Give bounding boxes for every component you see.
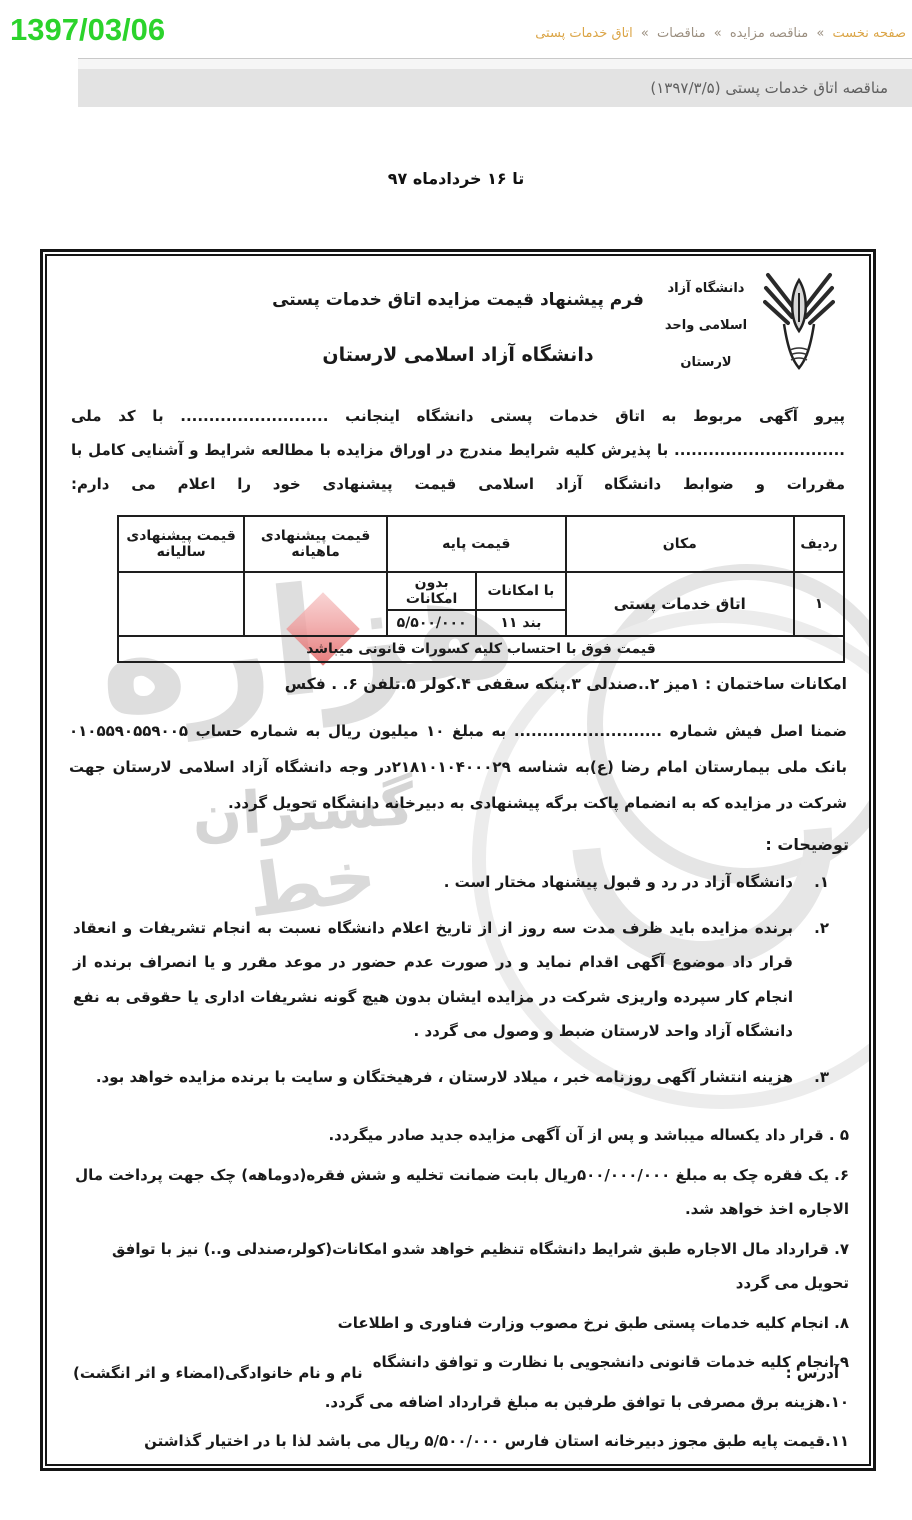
table-header-row: ردیف مکان قیمت پایه قیمت پیشنهادی ماهیان… — [118, 516, 844, 572]
form-title: فرم پیشنهاد قیمت مزایده اتاق خدمات پستی — [67, 290, 849, 310]
document-footer: آدرس : نام و نام خانوادگی(امضاء و اثر ان… — [73, 1364, 839, 1382]
col-header-base-price: قیمت پایه — [387, 516, 566, 572]
notes-paragraph-list: ۵ . قرار داد یکساله میباشد و پس از آن آگ… — [67, 1118, 849, 1466]
col-header-monthly-bid: قیمت پیشنهادی ماهیانه — [244, 516, 387, 572]
note-text: برنده مزایده باید ظرف مدت سه روز از از ت… — [67, 911, 793, 1049]
breadcrumb-tenders-link[interactable]: مناقصات — [657, 26, 706, 41]
col-header-row-number: ردیف — [794, 516, 844, 572]
monthly-bid-cell — [244, 572, 387, 636]
breadcrumb-separator: » — [710, 26, 726, 41]
list-item: ۶. یک فقره چک به مبلغ ۵۰۰/۰۰۰/۰۰۰ریال با… — [67, 1158, 849, 1227]
list-item: ۲. برنده مزایده باید ظرف مدت سه روز از ا… — [67, 911, 829, 1049]
col-header-location: مکان — [566, 516, 795, 572]
deposit-paragraph: ضمنا اصل فیش شماره .....................… — [69, 713, 847, 821]
location-cell: اتاق خدمات پستی — [566, 572, 795, 636]
page-title: مناقصه اتاق خدمات پستی (۱۳۹۷/۳/۵) — [650, 79, 888, 97]
page-title-bar: مناقصه اتاق خدمات پستی (۱۳۹۷/۳/۵) — [78, 69, 912, 107]
list-item: ۱. دانشگاه آزاد در رد و قبول پیشنهاد مخت… — [67, 865, 829, 900]
list-item: ۱۱.قیمت پایه طبق مجوز دبیرخانه استان فار… — [67, 1424, 849, 1466]
university-title: دانشگاه آزاد اسلامی لارستان — [67, 344, 849, 366]
breadcrumb-separator: » — [812, 26, 828, 41]
document-content: دانشگاه آزاد اسلامی واحد لارستان فرم پیش… — [47, 256, 869, 1466]
price-table: ردیف مکان قیمت پایه قیمت پیشنهادی ماهیان… — [117, 515, 845, 663]
address-label: آدرس : — [786, 1364, 839, 1382]
building-facilities-line: امکانات ساختمان : ۱میز ۲..صندلی ۳.پنکه س… — [69, 675, 847, 693]
list-item: ۷. قرارداد مال الاجاره طبق شرایط دانشگاه… — [67, 1232, 849, 1301]
with-facilities-label-cell: با امکانات — [476, 572, 565, 610]
document-frame: هزاره گستران خط — [40, 249, 876, 1471]
table-footer-note: قیمت فوق با احتساب کلیه کسورات قانونی می… — [118, 636, 844, 662]
document-page: هزاره گستران خط — [45, 254, 871, 1466]
breadcrumb: صفحه نخست » مناقصه مزایده » مناقصات » ات… — [535, 26, 906, 41]
notes-section-title: توضیحات : — [67, 835, 849, 854]
page-header: 1397/03/06 صفحه نخست » مناقصه مزایده » م… — [0, 0, 912, 58]
breadcrumb-current-page: اتاق خدمات پستی — [535, 26, 633, 41]
breadcrumb-separator: » — [637, 26, 653, 41]
note-text: دانشگاه آزاد در رد و قبول پیشنهاد مختار … — [67, 865, 793, 900]
note-number: ۲. — [793, 911, 829, 1049]
deadline-text: تا ۱۶ خردادماه ۹۷ — [0, 169, 912, 189]
note-number: ۳. — [793, 1060, 829, 1095]
name-signature-label: نام و نام خانوادگی(امضاء و اثر انگشت) — [73, 1364, 363, 1382]
title-bar-top-strip — [78, 58, 912, 69]
org-line-2: اسلامی واحد — [663, 307, 749, 344]
intro-paragraph: پیرو آگهی مربوط به اتاق خدمات پستی دانشگ… — [71, 400, 845, 501]
with-facilities-value-cell: بند ۱۱ — [476, 610, 565, 636]
note-text: هزینه انتشار آگهی روزنامه خبر ، میلاد لا… — [67, 1060, 793, 1095]
without-facilities-label-cell: بدون امکانات — [387, 572, 476, 610]
breadcrumb-tender-auction-link[interactable]: مناقصه مزایده — [730, 26, 808, 41]
without-facilities-value-cell: ۵/۵۰۰/۰۰۰ — [387, 610, 476, 636]
list-item: ۳. هزینه انتشار آگهی روزنامه خبر ، میلاد… — [67, 1060, 829, 1095]
note-number: ۱. — [793, 865, 829, 900]
breadcrumb-home-link[interactable]: صفحه نخست — [833, 26, 906, 41]
document-header: دانشگاه آزاد اسلامی واحد لارستان فرم پیش… — [67, 256, 849, 384]
list-item: ۸. انجام کلیه خدمات پستی طبق نرخ مصوب وز… — [67, 1306, 849, 1341]
list-item: ۱۰.هزینه برق مصرفی با توافق طرفین به مبل… — [67, 1385, 849, 1420]
annual-bid-cell — [118, 572, 244, 636]
table-row: ۱ اتاق خدمات پستی با امکانات بدون امکانا… — [118, 572, 844, 610]
col-header-annual-bid: قیمت پیشنهادی سالیانه — [118, 516, 244, 572]
date-display: 1397/03/06 — [10, 12, 165, 48]
list-item: ۵ . قرار داد یکساله میباشد و پس از آن آگ… — [67, 1118, 849, 1153]
table-footer-row: قیمت فوق با احتساب کلیه کسورات قانونی می… — [118, 636, 844, 662]
row-number-cell: ۱ — [794, 572, 844, 636]
